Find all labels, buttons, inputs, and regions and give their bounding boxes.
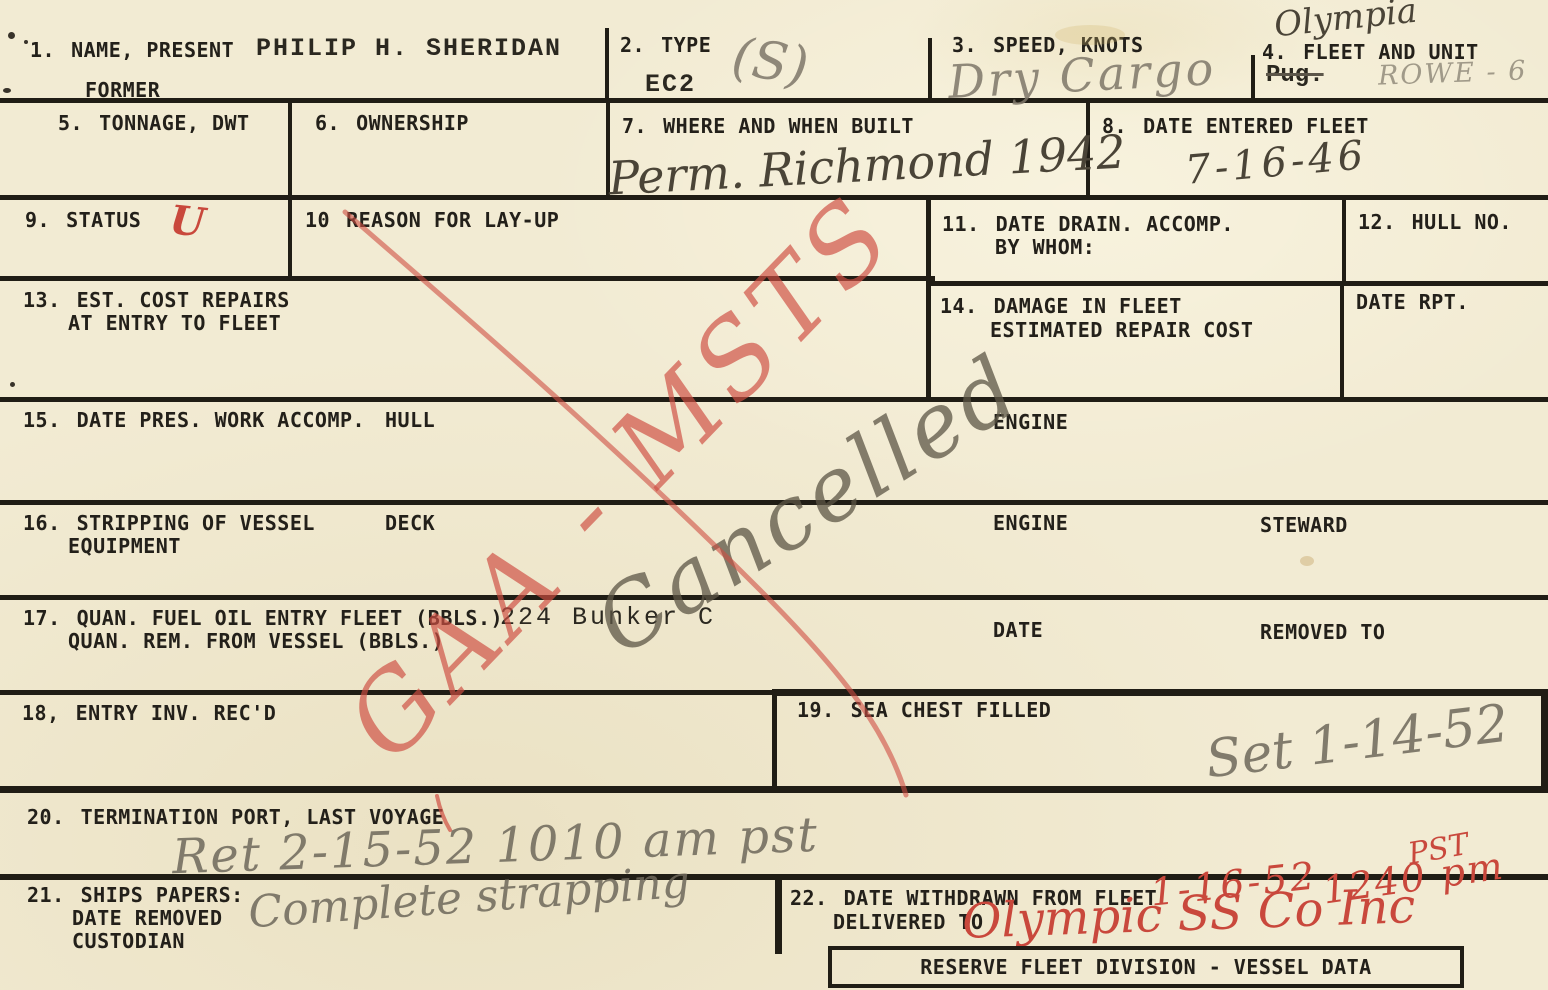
scan-speckle: [3, 88, 11, 93]
vessel-data-card: 1. NAME, PRESENT FORMER PHILIP H. SHERID…: [0, 0, 1548, 990]
paper-stain: [1055, 25, 1125, 45]
scan-speckle: [24, 40, 28, 44]
scan-speckle: [8, 32, 15, 39]
scan-speckle: [10, 382, 15, 387]
red-crayon-cross-stroke: [0, 0, 1548, 990]
paper-stain: [1300, 556, 1314, 566]
